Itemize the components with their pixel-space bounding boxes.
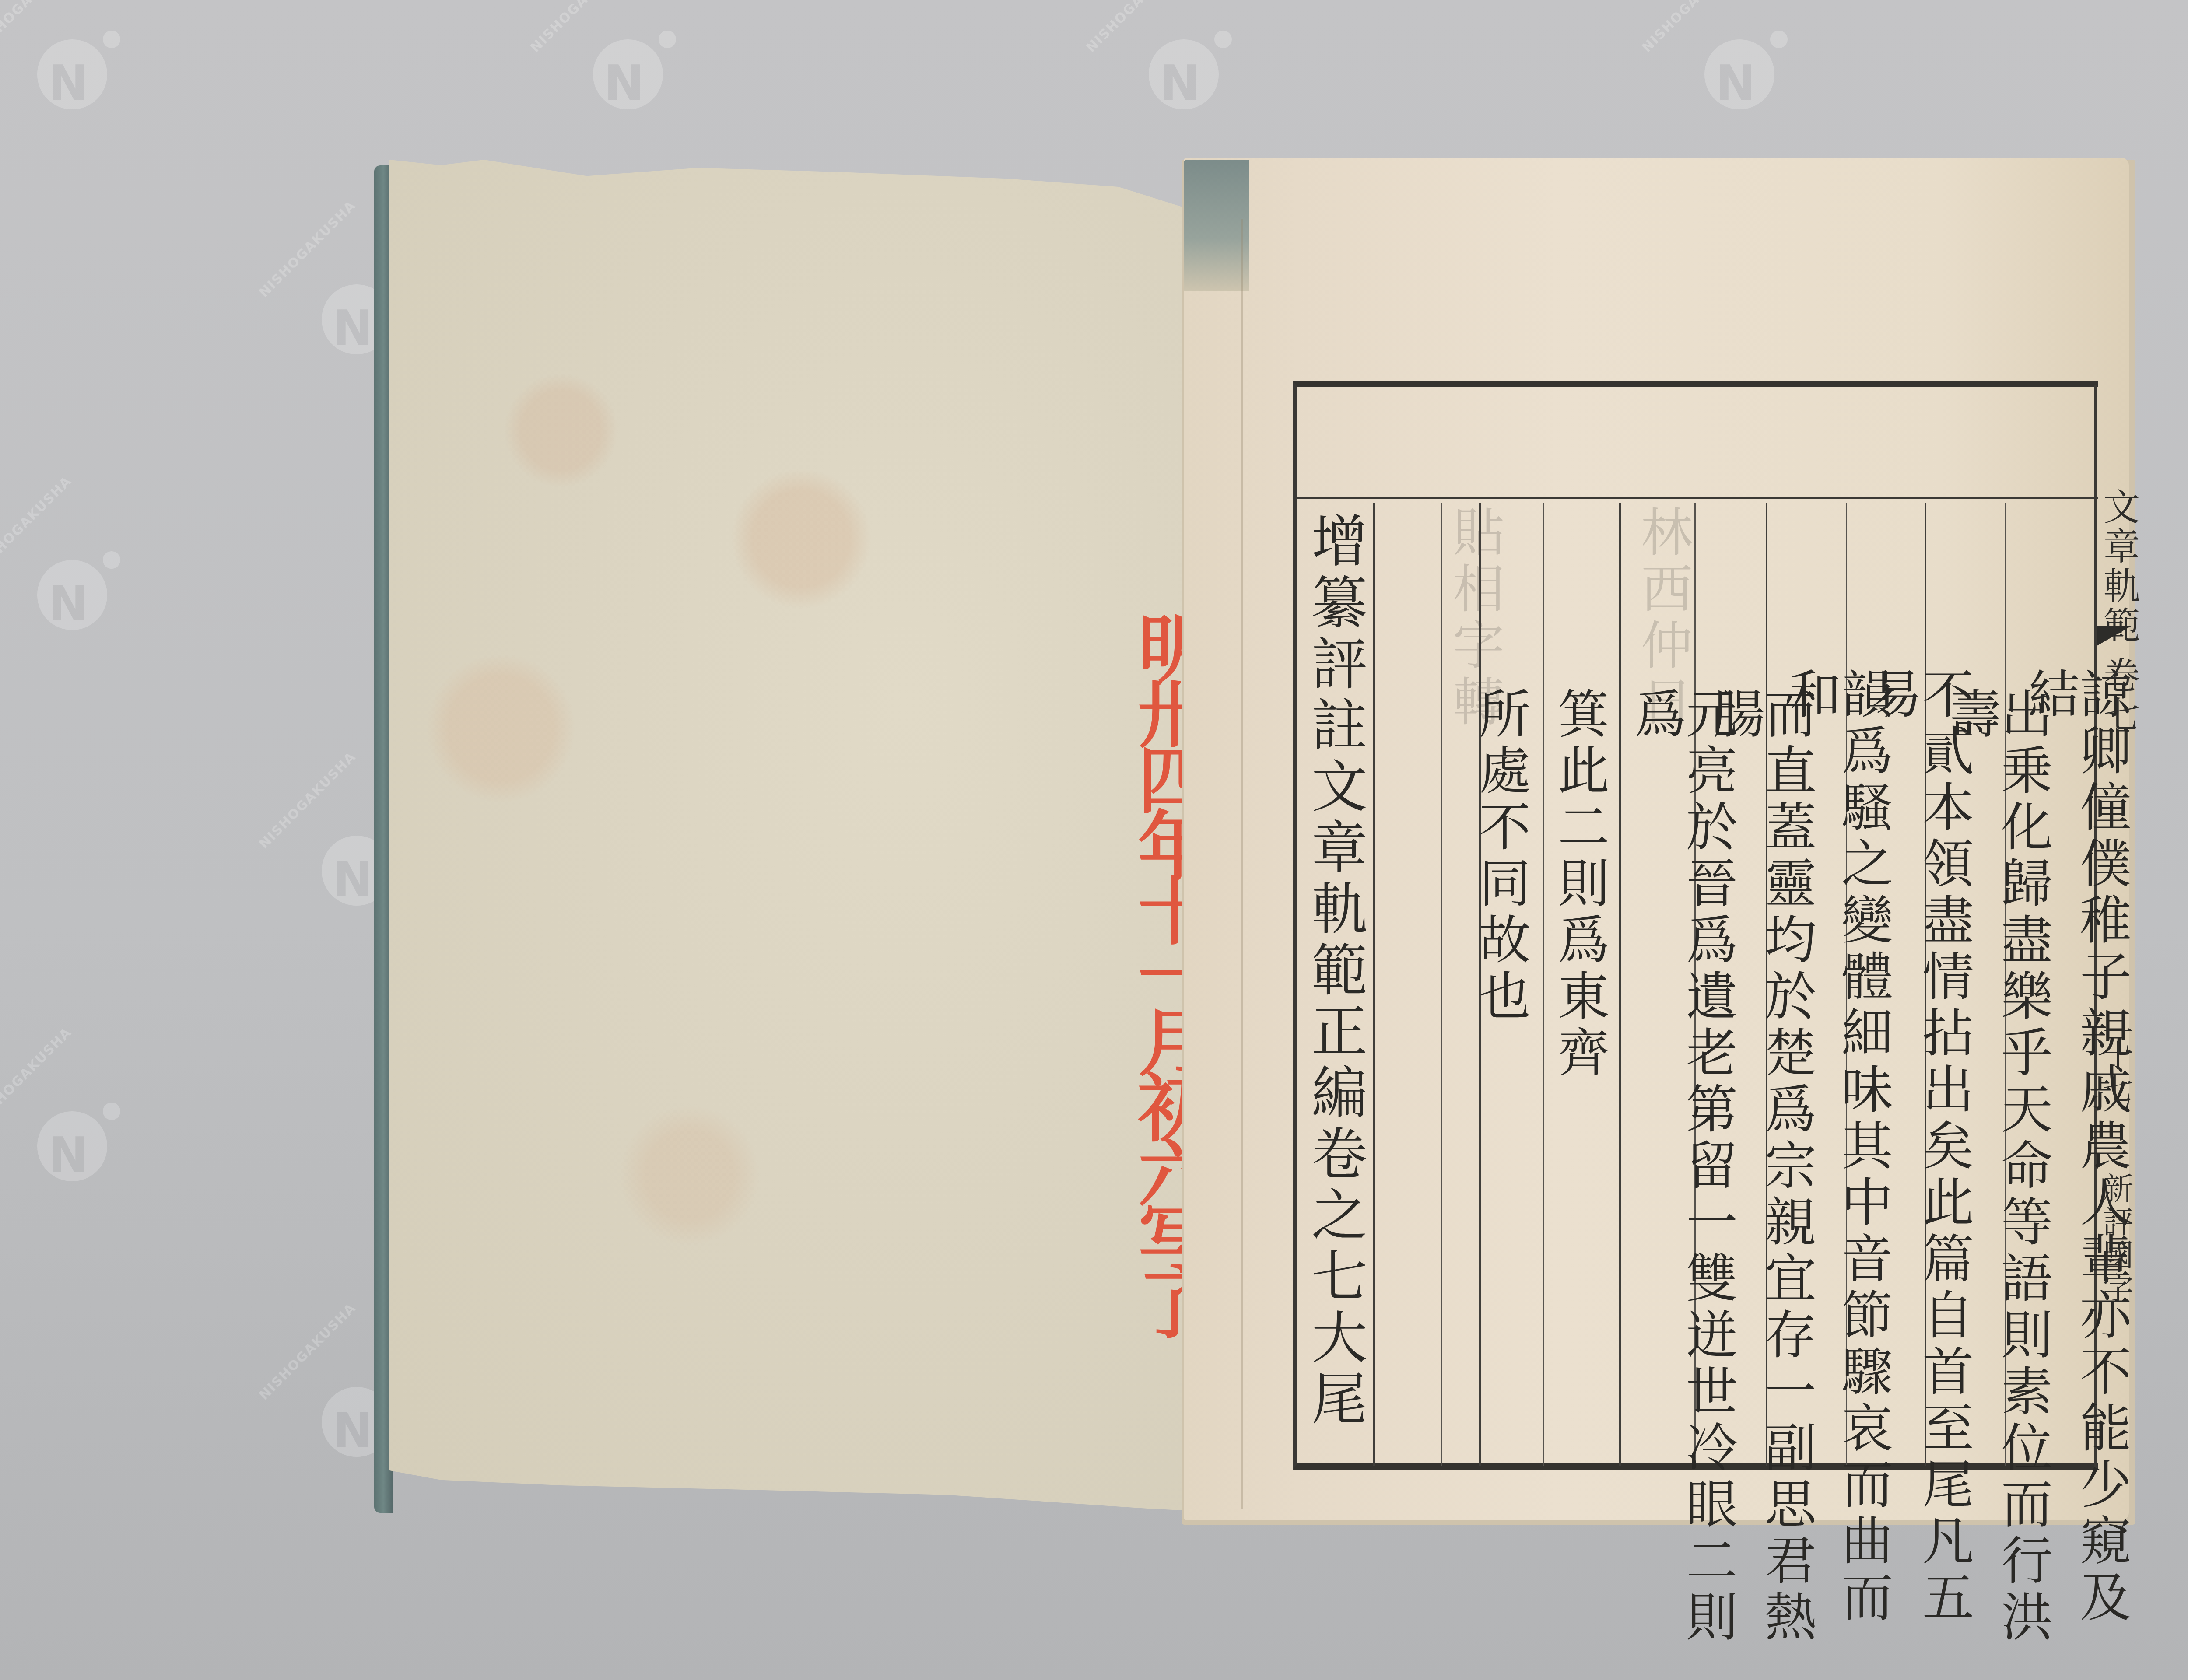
nishogakusha-watermark-icon: NNISHOGAKUSHA [13,1085,123,1194]
hashira-series: 新評國字 [2100,1172,2131,1305]
hashira-folio: 二十七 [2100,1006,2131,1106]
header-rule [1297,497,2098,499]
commentary-column: 元亮於晉爲遺老第留一雙迸世冷眼二則爲 [1630,687,1733,1680]
scan-stage: NNISHOGAKUSHANNISHOGAKUSHANNISHOGAKUSHAN… [0,0,2188,1680]
hashira-volume: 卷七 [2100,656,2137,735]
column-rule [1543,503,1544,1466]
page-fold-crease [1241,219,1243,1509]
nishogakusha-watermark-icon: NNISHOGAKUSHA [13,13,123,122]
volume-end-title: 增纂評註文章軌範正編卷之七大尾 [1306,512,1362,1431]
commentary-column: 箕此二則爲東齊 [1553,687,1605,1082]
commentary-column: 所處不同故也 [1475,687,1526,1025]
hashira-fishtail-mark [2097,626,2132,646]
nishogakusha-watermark-icon: NNISHOGAKUSHA [569,13,678,122]
nishogakusha-watermark-icon: NNISHOGAKUSHA [1680,13,1790,122]
nishogakusha-watermark-icon: NNISHOGAKUSHA [13,534,123,643]
torn-spine-corner [1184,160,1249,291]
hashira-title: 文章軌範 [2100,488,2137,645]
column-rule [1619,503,1621,1466]
column-rule [1441,503,1442,1466]
column-rule [1373,503,1375,1466]
nishogakusha-watermark-icon: NNISHOGAKUSHA [1125,13,1234,122]
